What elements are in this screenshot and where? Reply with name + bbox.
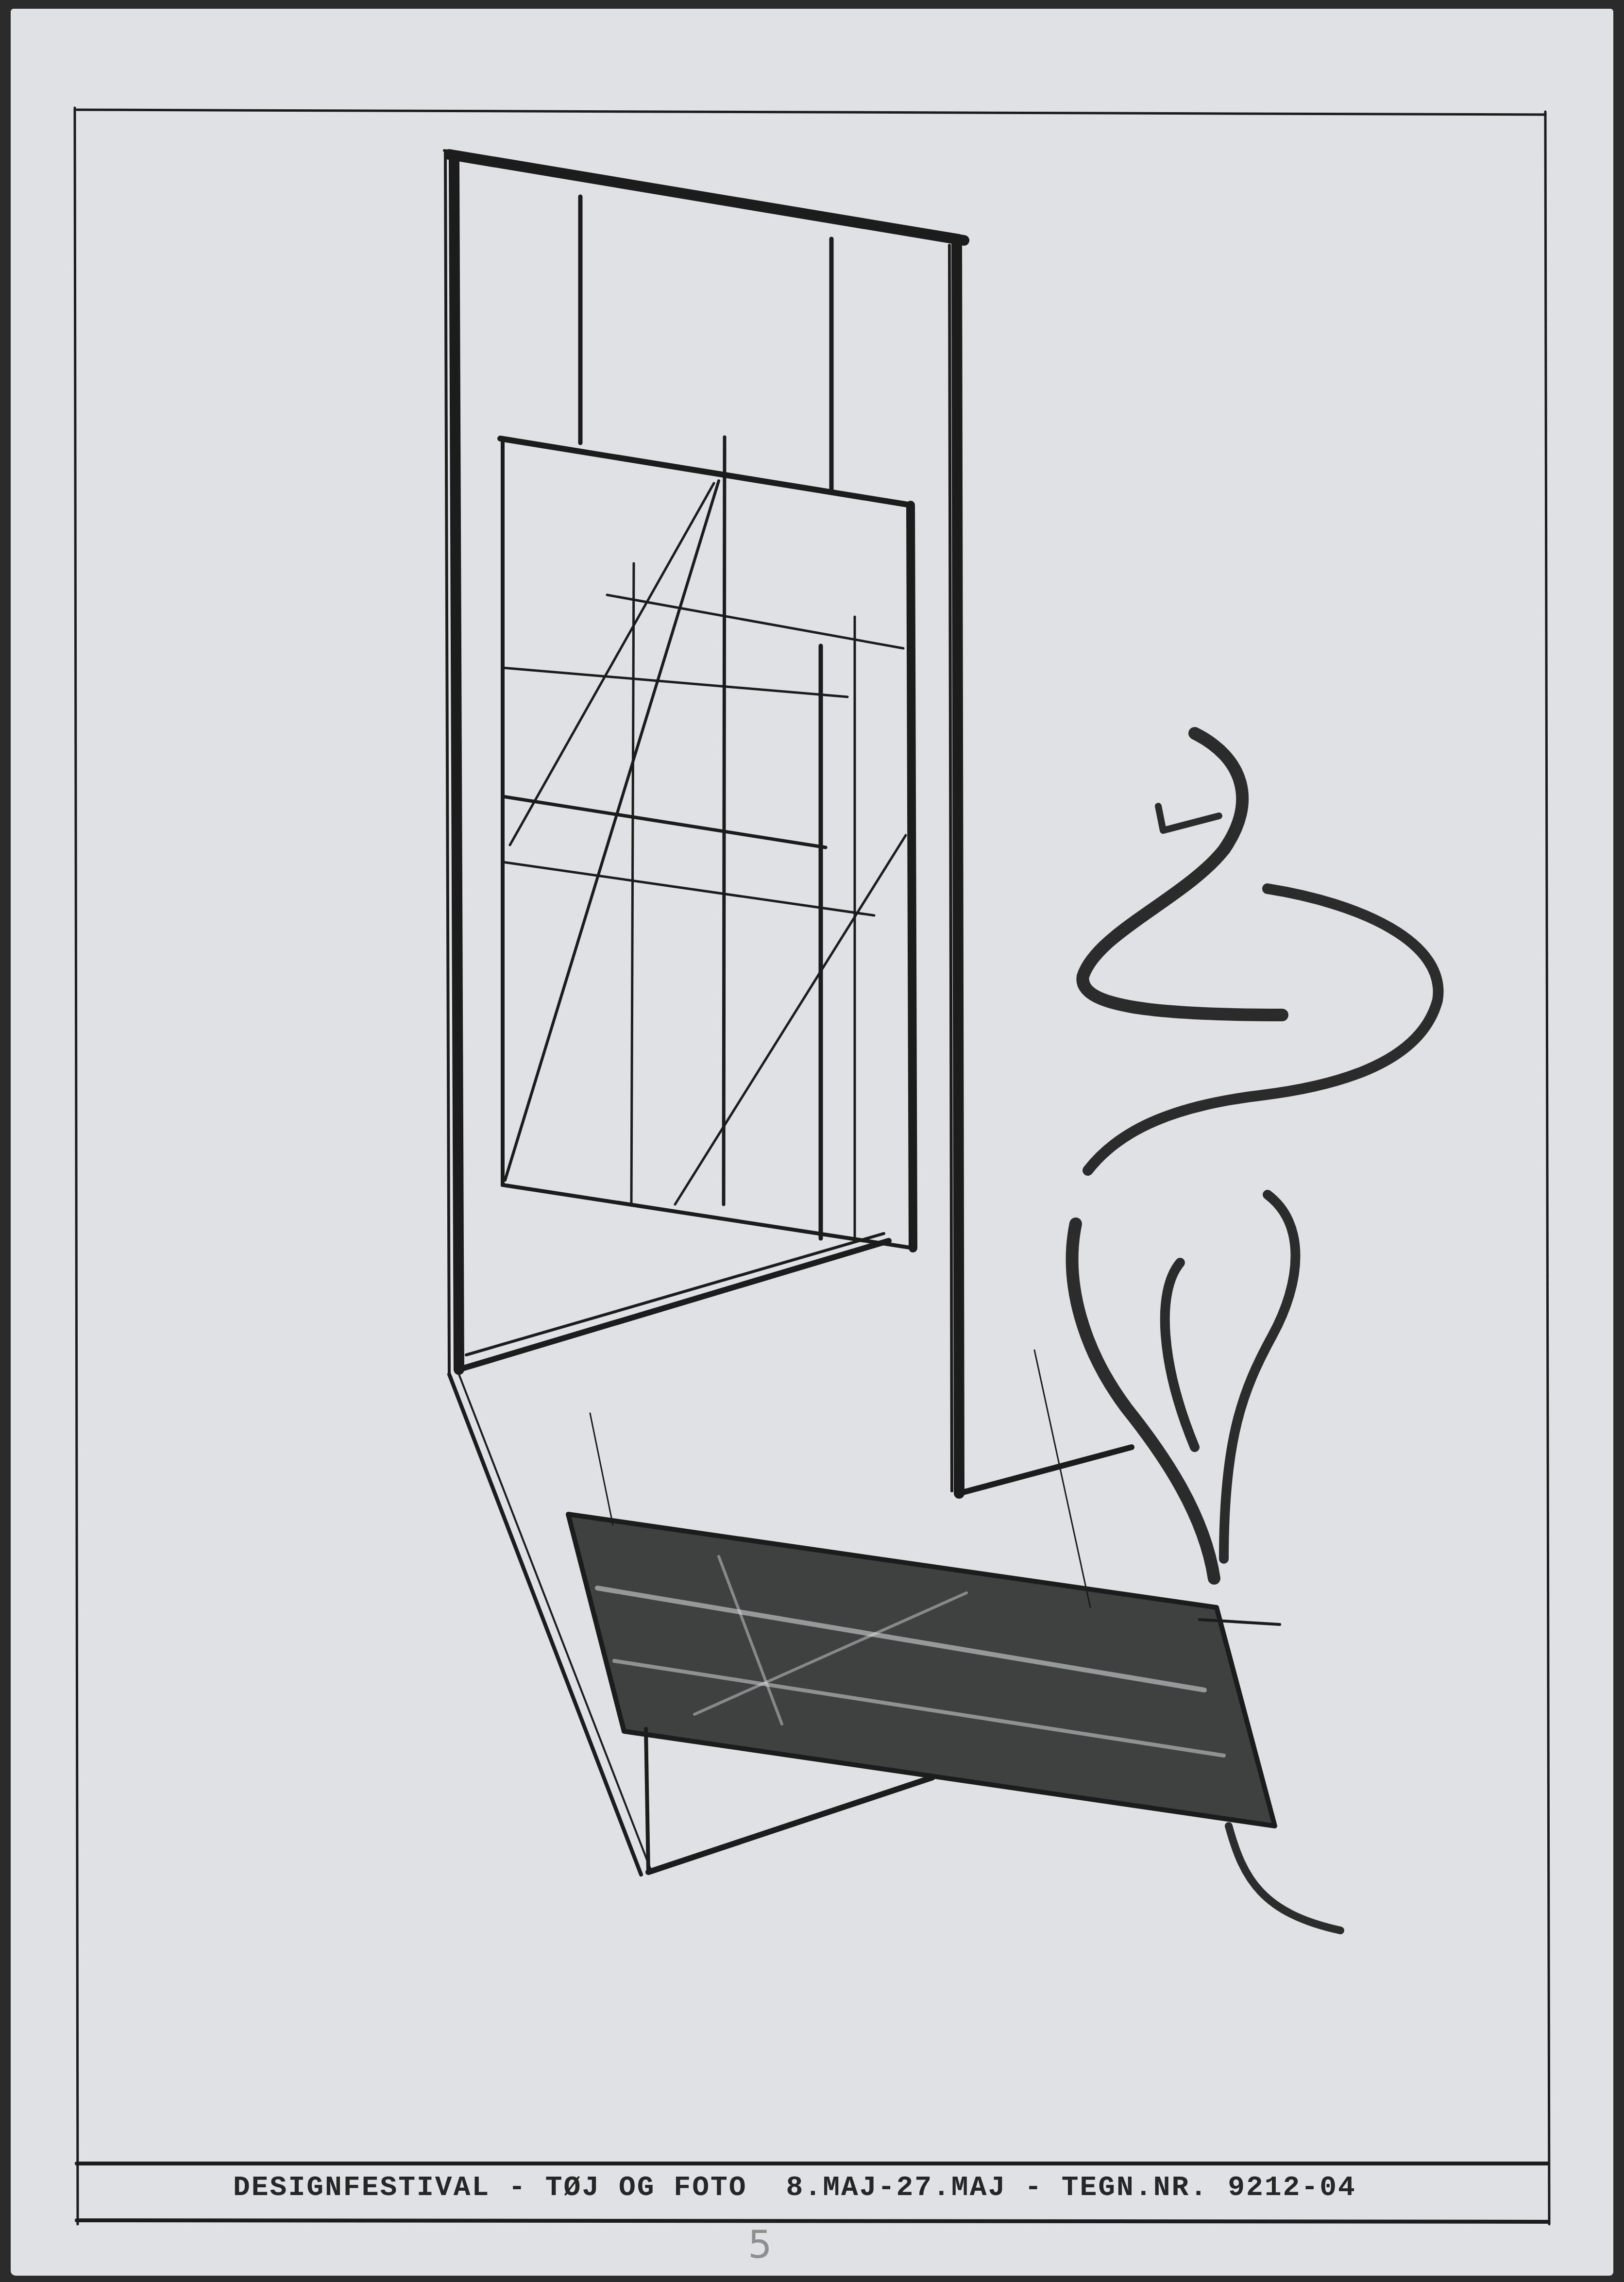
sheet-border <box>75 108 1549 2224</box>
drawing-caption: DESIGNFESTIVAL - TØJ OG FOTO8.MAJ-27.MAJ… <box>233 2171 1438 2205</box>
sketch-drawing <box>0 0 1624 2282</box>
caption-separator: - <box>490 2172 545 2204</box>
caption-event: DESIGNFESTIVAL <box>233 2172 490 2204</box>
caption-dates: 8.MAJ-27.MAJ <box>786 2172 1007 2204</box>
caption-drawing-number: 9212-04 <box>1228 2172 1356 2204</box>
handwritten-page-number: 5 <box>748 2223 772 2267</box>
caption-subtitle: TØJ OG FOTO <box>545 2172 747 2204</box>
inner-pane <box>500 437 913 1248</box>
caption-separator: - <box>1006 2172 1061 2204</box>
window-sill <box>459 1234 1132 1493</box>
caption-drawing-label: TEGN.NR. <box>1062 2172 1208 2204</box>
